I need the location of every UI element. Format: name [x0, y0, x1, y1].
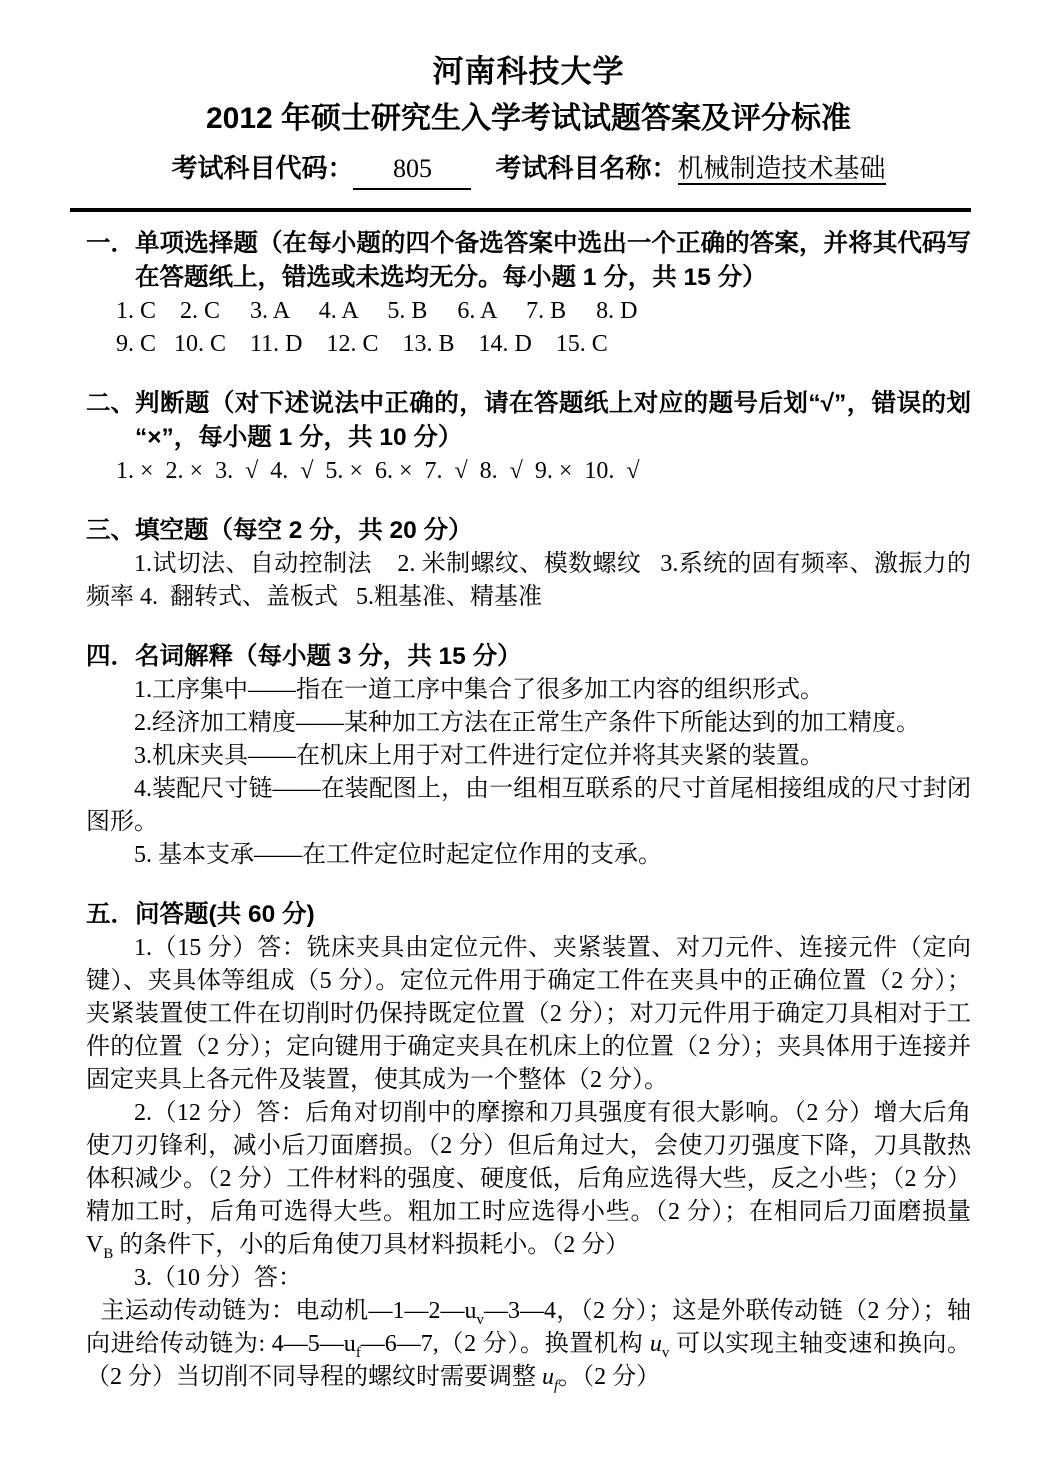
subject-name-label: 考试科目名称：: [495, 153, 677, 183]
section-fill-blank: 三、 填空题（每空 2 分，共 20 分） 1.试切法、自动控制法 2. 米制螺…: [86, 514, 971, 614]
definition-item-2: 2.经济加工精度——某种加工方法在正常生产条件下所能达到的加工精度。: [86, 707, 971, 740]
section-number-label: 一．: [86, 227, 135, 295]
section-heading-text: 单项选择题（在每小题的四个备选答案中选出一个正确的答案，并将其代码写在答题纸上，…: [135, 227, 971, 295]
definition-item-3: 3.机床夹具——在机床上用于对工件进行定位并将其夹紧的装置。: [86, 740, 971, 773]
closing-text: 。（2 分）: [558, 1364, 660, 1390]
document-title: 2012 年硕士研究生入学考试试题答案及评分标准: [86, 99, 971, 139]
section-heading: 三、 填空题（每空 2 分，共 20 分）: [86, 514, 971, 548]
mc-answers-row-2: 9. C 10. C 11. D 12. C 13. B 14. D 15. C: [116, 328, 971, 361]
subject-line: 考试科目代码：805考试科目名称：机械制造技术基础: [86, 149, 971, 190]
section-heading-text: 名词解释（每小题 3 分，共 15 分）: [135, 640, 971, 674]
section-multiple-choice: 一． 单项选择题（在每小题的四个备选答案中选出一个正确的答案，并将其代码写在答题…: [86, 227, 971, 361]
wear-symbol: V: [86, 1232, 103, 1258]
essay-answers: 1.（15 分）答：铣床夹具由定位元件、夹紧装置、对刀元件、连接元件（定向键）、…: [86, 932, 971, 1394]
wear-symbol-subscript: B: [103, 1246, 113, 1262]
essay-answer-3-intro: 3.（10 分）答：: [86, 1262, 971, 1295]
essay-answer-2-text: 2.（12 分）答：后角对切削中的摩擦和刀具强度有很大影响。（2 分）增大后角使…: [86, 1100, 971, 1225]
essay-answer-2-tail: 的条件下，小的后角使刀具材料损耗小。（2 分）: [113, 1232, 629, 1258]
main-chain-text: 主运动传动链为：电动机—1—2—u: [100, 1298, 476, 1324]
definition-item-5: 5. 基本支承——在工件定位时起定位作用的支承。: [86, 839, 971, 872]
u-v-subscript: v: [477, 1312, 484, 1328]
definition-item-1: 1.工序集中——指在一道工序中集合了很多加工内容的组织形式。: [86, 674, 971, 707]
fill-blank-answers: 1.试切法、自动控制法 2. 米制螺纹、模数螺纹 3.系统的固有频率、激振力的频…: [86, 548, 971, 614]
header-divider: [70, 208, 971, 212]
feed-chain-tail: —6—7,（2 分）。换置机构: [361, 1331, 650, 1357]
essay-answer-2: 2.（12 分）答：后角对切削中的摩擦和刀具强度有很大影响。（2 分）增大后角使…: [86, 1097, 971, 1262]
section-heading-text: 问答题(共 60 分): [135, 898, 971, 932]
section-number-label: 三、: [86, 514, 135, 548]
subject-name-value: 机械制造技术基础: [678, 154, 886, 185]
section-heading: 五． 问答题(共 60 分): [86, 898, 971, 932]
essay-answer-1: 1.（15 分）答：铣床夹具由定位元件、夹紧装置、对刀元件、连接元件（定向键）、…: [86, 932, 971, 1097]
judge-answers-row: 1. × 2. × 3. √ 4. √ 5. × 6. × 7. √ 8. √ …: [116, 455, 971, 488]
section-true-false: 二、 判断题（对下述说法中正确的，请在答题纸上对应的题号后划“√”，错误的划“×…: [86, 387, 971, 488]
section-essay-questions: 五． 问答题(共 60 分) 1.（15 分）答：铣床夹具由定位元件、夹紧装置、…: [86, 898, 971, 1394]
main-chain-tail: —3—4，（2 分）；这是外联传动链（2 分）；: [484, 1298, 947, 1324]
subject-code-value: 805: [353, 150, 471, 190]
mc-answers-row-1: 1. C 2. C 3. A 4. A 5. B 6. A 7. B 8. D: [116, 295, 971, 328]
university-title: 河南科技大学: [86, 52, 971, 92]
section-heading-text: 判断题（对下述说法中正确的，请在答题纸上对应的题号后划“√”，错误的划“×”，每…: [135, 387, 971, 455]
section-heading-text: 填空题（每空 2 分，共 20 分）: [135, 514, 971, 548]
definition-item-4: 4.装配尺寸链——在装配图上，由一组相互联系的尺寸首尾相接组成的尺寸封闭图形。: [86, 773, 971, 839]
u-variable-2: u: [542, 1364, 554, 1390]
section-number-label: 五．: [86, 898, 135, 932]
essay-answer-3-body: 主运动传动链为：电动机—1—2—uv—3—4，（2 分）；这是外联传动链（2 分…: [86, 1295, 971, 1394]
section-number-label: 四．: [86, 640, 135, 674]
section-definitions: 四． 名词解释（每小题 3 分，共 15 分） 1.工序集中——指在一道工序中集…: [86, 640, 971, 872]
section-heading: 二、 判断题（对下述说法中正确的，请在答题纸上对应的题号后划“√”，错误的划“×…: [86, 387, 971, 455]
exam-answer-document: 河南科技大学 2012 年硕士研究生入学考试试题答案及评分标准 考试科目代码：8…: [0, 0, 1043, 1474]
section-heading: 四． 名词解释（每小题 3 分，共 15 分）: [86, 640, 971, 674]
document-header: 河南科技大学 2012 年硕士研究生入学考试试题答案及评分标准 考试科目代码：8…: [86, 52, 971, 212]
section-heading: 一． 单项选择题（在每小题的四个备选答案中选出一个正确的答案，并将其代码写在答题…: [86, 227, 971, 295]
definitions-list: 1.工序集中——指在一道工序中集合了很多加工内容的组织形式。 2.经济加工精度—…: [86, 674, 971, 872]
subject-code-label: 考试科目代码：: [171, 153, 353, 183]
u-variable: u: [650, 1331, 662, 1357]
section-number-label: 二、: [86, 387, 135, 455]
